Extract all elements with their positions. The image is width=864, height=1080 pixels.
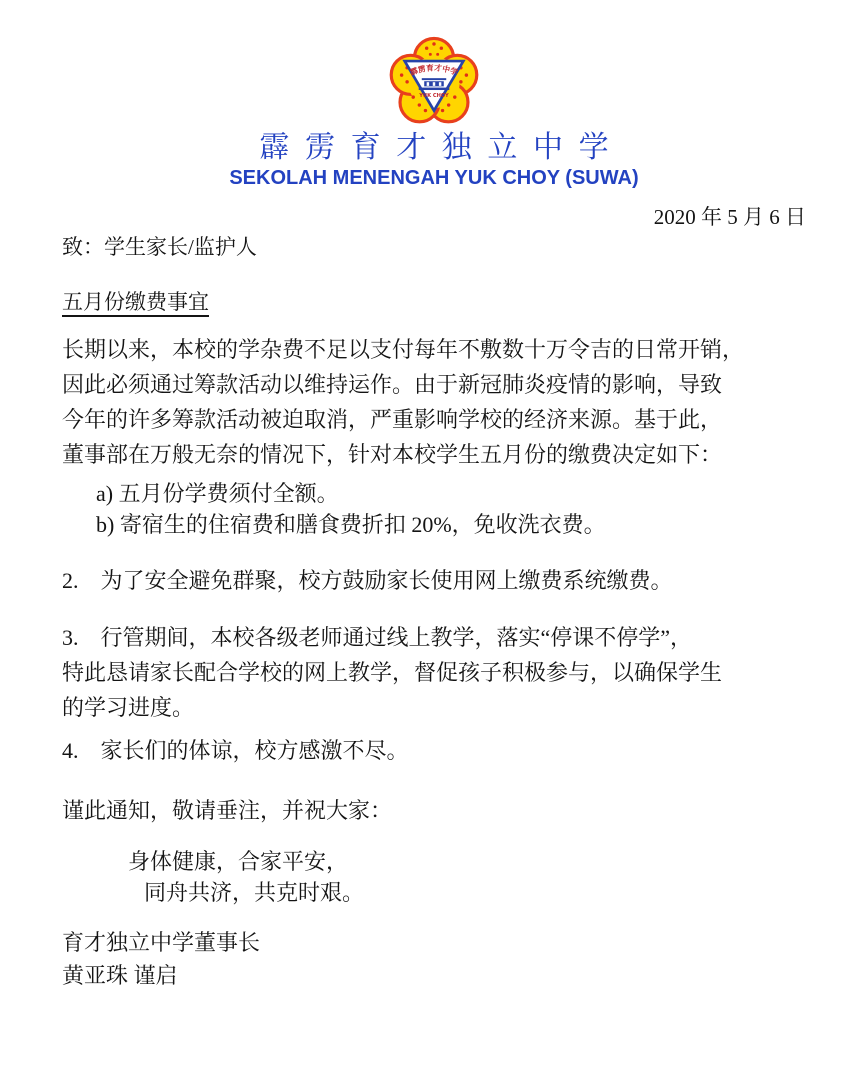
item-3-line-3: 的学习进度。	[62, 690, 806, 725]
item-3-line-2: 特此恳请家长配合学校的网上教学，督促孩子积极参与，以确保学生	[62, 655, 806, 690]
item-2: 2. 为了安全避免群聚，校方鼓励家长使用网上缴费系统缴费。	[62, 565, 806, 596]
letter-recipient: 致：学生家长/监护人	[62, 234, 806, 261]
paragraph-1-line-3: 今年的许多筹款活动被迫取消，严重影响学校的经济来源。基于此，	[62, 402, 806, 437]
letter-date: 2020 年 5 月 6 日	[62, 204, 806, 231]
signature-name: 黄亚珠 谨启	[62, 959, 806, 992]
blessing-line-2: 同舟共济，共克时艰。	[62, 877, 806, 908]
plum-blossom-crest-icon: 霹雳育才中学 YUK CHOY	[389, 36, 479, 124]
school-crest-logo: 霹雳育才中学 YUK CHOY	[389, 36, 479, 124]
item-3: 3. 行管期间，本校各级老师通过线上教学，落实“停课不停学”， 特此恳请家长配合…	[62, 620, 806, 725]
school-name-romanized: SEKOLAH MENENGAH YUK CHOY (SUWA)	[62, 166, 806, 191]
paragraph-1-line-2: 因此必须通过筹款活动以维持运作。由于新冠肺炎疫情的影响，导致	[62, 367, 806, 402]
letter-subject-text: 五月份缴费事宜	[62, 290, 209, 317]
school-name-chinese: 霹雳育才独立中学	[62, 130, 806, 166]
sub-item-b: b) 寄宿生的住宿费和膳食费折扣 20%，免收洗衣费。	[96, 509, 806, 540]
paragraph-1-line-4: 董事部在万般无奈的情况下，针对本校学生五月份的缴费决定如下：	[62, 437, 806, 472]
closing-line: 谨此通知，敬请垂注，并祝大家：	[62, 795, 806, 826]
item-3-line-1: 3. 行管期间，本校各级老师通过线上教学，落实“停课不停学”，	[62, 620, 806, 655]
crest-label: YUK CHOY	[418, 93, 449, 99]
paragraph-1: 长期以来，本校的学杂费不足以支付每年不敷数十万令吉的日常开销， 因此必须通过筹款…	[62, 332, 806, 472]
letter-subject: 五月份缴费事宜	[62, 289, 806, 316]
blessing-line-1: 身体健康，合家平安，	[62, 846, 806, 877]
letter-content: 霹雳育才中学 YUK CHOY 霹雳育才独立中学 SEKOLAH MENENGA…	[0, 36, 864, 992]
item-4: 4. 家长们的体谅，校方感激不尽。	[62, 735, 806, 766]
signature-title: 育才独立中学董事长	[62, 926, 806, 959]
letter-page: 霹雳育才中学 YUK CHOY 霹雳育才独立中学 SEKOLAH MENENGA…	[0, 0, 864, 1080]
paragraph-1-line-1: 长期以来，本校的学杂费不足以支付每年不敷数十万令吉的日常开销，	[62, 332, 806, 367]
blessing-block: 身体健康，合家平安， 同舟共济，共克时艰。	[62, 846, 806, 908]
sub-item-a: a) 五月份学费须付全额。	[96, 478, 806, 509]
signature-block: 育才独立中学董事长 黄亚珠 谨启	[62, 926, 806, 992]
sub-item-list: a) 五月份学费须付全额。 b) 寄宿生的住宿费和膳食费折扣 20%，免收洗衣费…	[62, 478, 806, 540]
